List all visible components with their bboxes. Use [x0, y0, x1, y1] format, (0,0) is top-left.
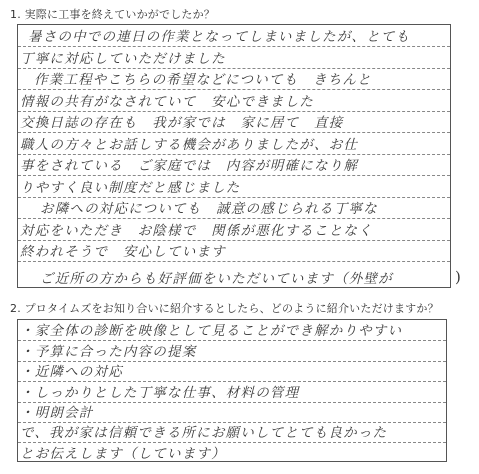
handwritten-text: 丁寧に対応していただけました [20, 47, 226, 67]
handwritten-text: りやすく良い制度だと感じました [20, 176, 241, 196]
handwritten-text: 情報の共有がなされていて 安心できました [20, 90, 314, 110]
answer-line: ・近隣への対応 [18, 362, 446, 383]
answer-line: とお伝えします（しています） [18, 443, 446, 463]
answer-line: ・しっかりとした丁寧な仕事、材料の管理 [18, 382, 446, 403]
answer-line: 情報の共有がなされていて 安心できました [18, 90, 450, 112]
handwritten-text: 事をされている ご家庭では 内容が明確になり解 [20, 154, 358, 174]
answer-line: ご近所の方からも好評価をいただいています（外壁が [18, 262, 450, 288]
answer-line: 職人の方々とお話しする機会がありましたが、お仕 [18, 133, 450, 155]
handwritten-text: お隣への対応についても 誠意の感じられる丁寧な [40, 197, 378, 217]
answer-line: ・家全体の診断を映像として見ることができ解かりやすい [18, 320, 446, 341]
handwritten-text: とお伝えします（しています） [20, 442, 226, 462]
handwritten-text: 対応をいただき お陰様で 関係が悪化することなく [20, 219, 373, 239]
answer-line: お隣への対応についても 誠意の感じられる丁寧な [18, 198, 450, 220]
handwritten-text: 終われそうで 安心しています [20, 240, 226, 260]
answer-line: 事をされている ご家庭では 内容が明確になり解 [18, 155, 450, 177]
question-1-title: 1. 実際に工事を終えていかがでしたか？ [10, 6, 215, 22]
handwritten-text: ・近隣への対応 [20, 360, 123, 380]
answer-line: りやすく良い制度だと感じました [18, 176, 450, 198]
answer-line: 作業工程やこちらの希望などについても きちんと [18, 69, 450, 91]
answer-line: 交換日誌の存在も 我が家では 家に居て 直接 [18, 112, 450, 134]
handwritten-overflow: ) [455, 268, 461, 286]
answer-line: ・明朗会計 [18, 403, 446, 423]
handwritten-text: 職人の方々とお話しする機会がありましたが、お仕 [20, 133, 358, 153]
handwritten-text: ・予算に合った内容の提案 [20, 340, 196, 360]
handwritten-text: ご近所の方からも好評価をいただいています（外壁が [40, 267, 393, 287]
handwritten-text: ・明朗会計 [20, 401, 94, 421]
answer-line: で、我が家は信頼できる所にお願いしてとても良かった [18, 423, 446, 443]
answer-line: 終われそうで 安心しています [18, 241, 450, 263]
answer-line: 対応をいただき お陰様で 関係が悪化することなく [18, 219, 450, 241]
handwritten-text: 作業工程やこちらの希望などについても きちんと [34, 68, 372, 88]
handwritten-text: ・家全体の診断を映像として見ることができ解かりやすい [20, 319, 402, 339]
answer-line: ・予算に合った内容の提案 [18, 341, 446, 362]
answer-1-box: 暑さの中での連日の作業となってしまいましたが、とても 丁寧に対応していただけまし… [17, 24, 451, 288]
answer-line: 丁寧に対応していただけました [18, 47, 450, 69]
answer-line: 暑さの中での連日の作業となってしまいましたが、とても [18, 25, 450, 47]
answer-2-box: ・家全体の診断を映像として見ることができ解かりやすい ・予算に合った内容の提案 … [17, 319, 447, 462]
handwritten-text: 暑さの中での連日の作業となってしまいましたが、とても [28, 25, 410, 45]
handwritten-text: ・しっかりとした丁寧な仕事、材料の管理 [20, 381, 299, 401]
handwritten-text: で、我が家は信頼できる所にお願いしてとても良かった [20, 421, 387, 441]
question-2-title: 2. プロタイムズをお知り合いに紹介するとしたら、どのように紹介いただけますか？ [10, 300, 439, 316]
handwritten-text: 交換日誌の存在も 我が家では 家に居て 直接 [20, 111, 343, 131]
